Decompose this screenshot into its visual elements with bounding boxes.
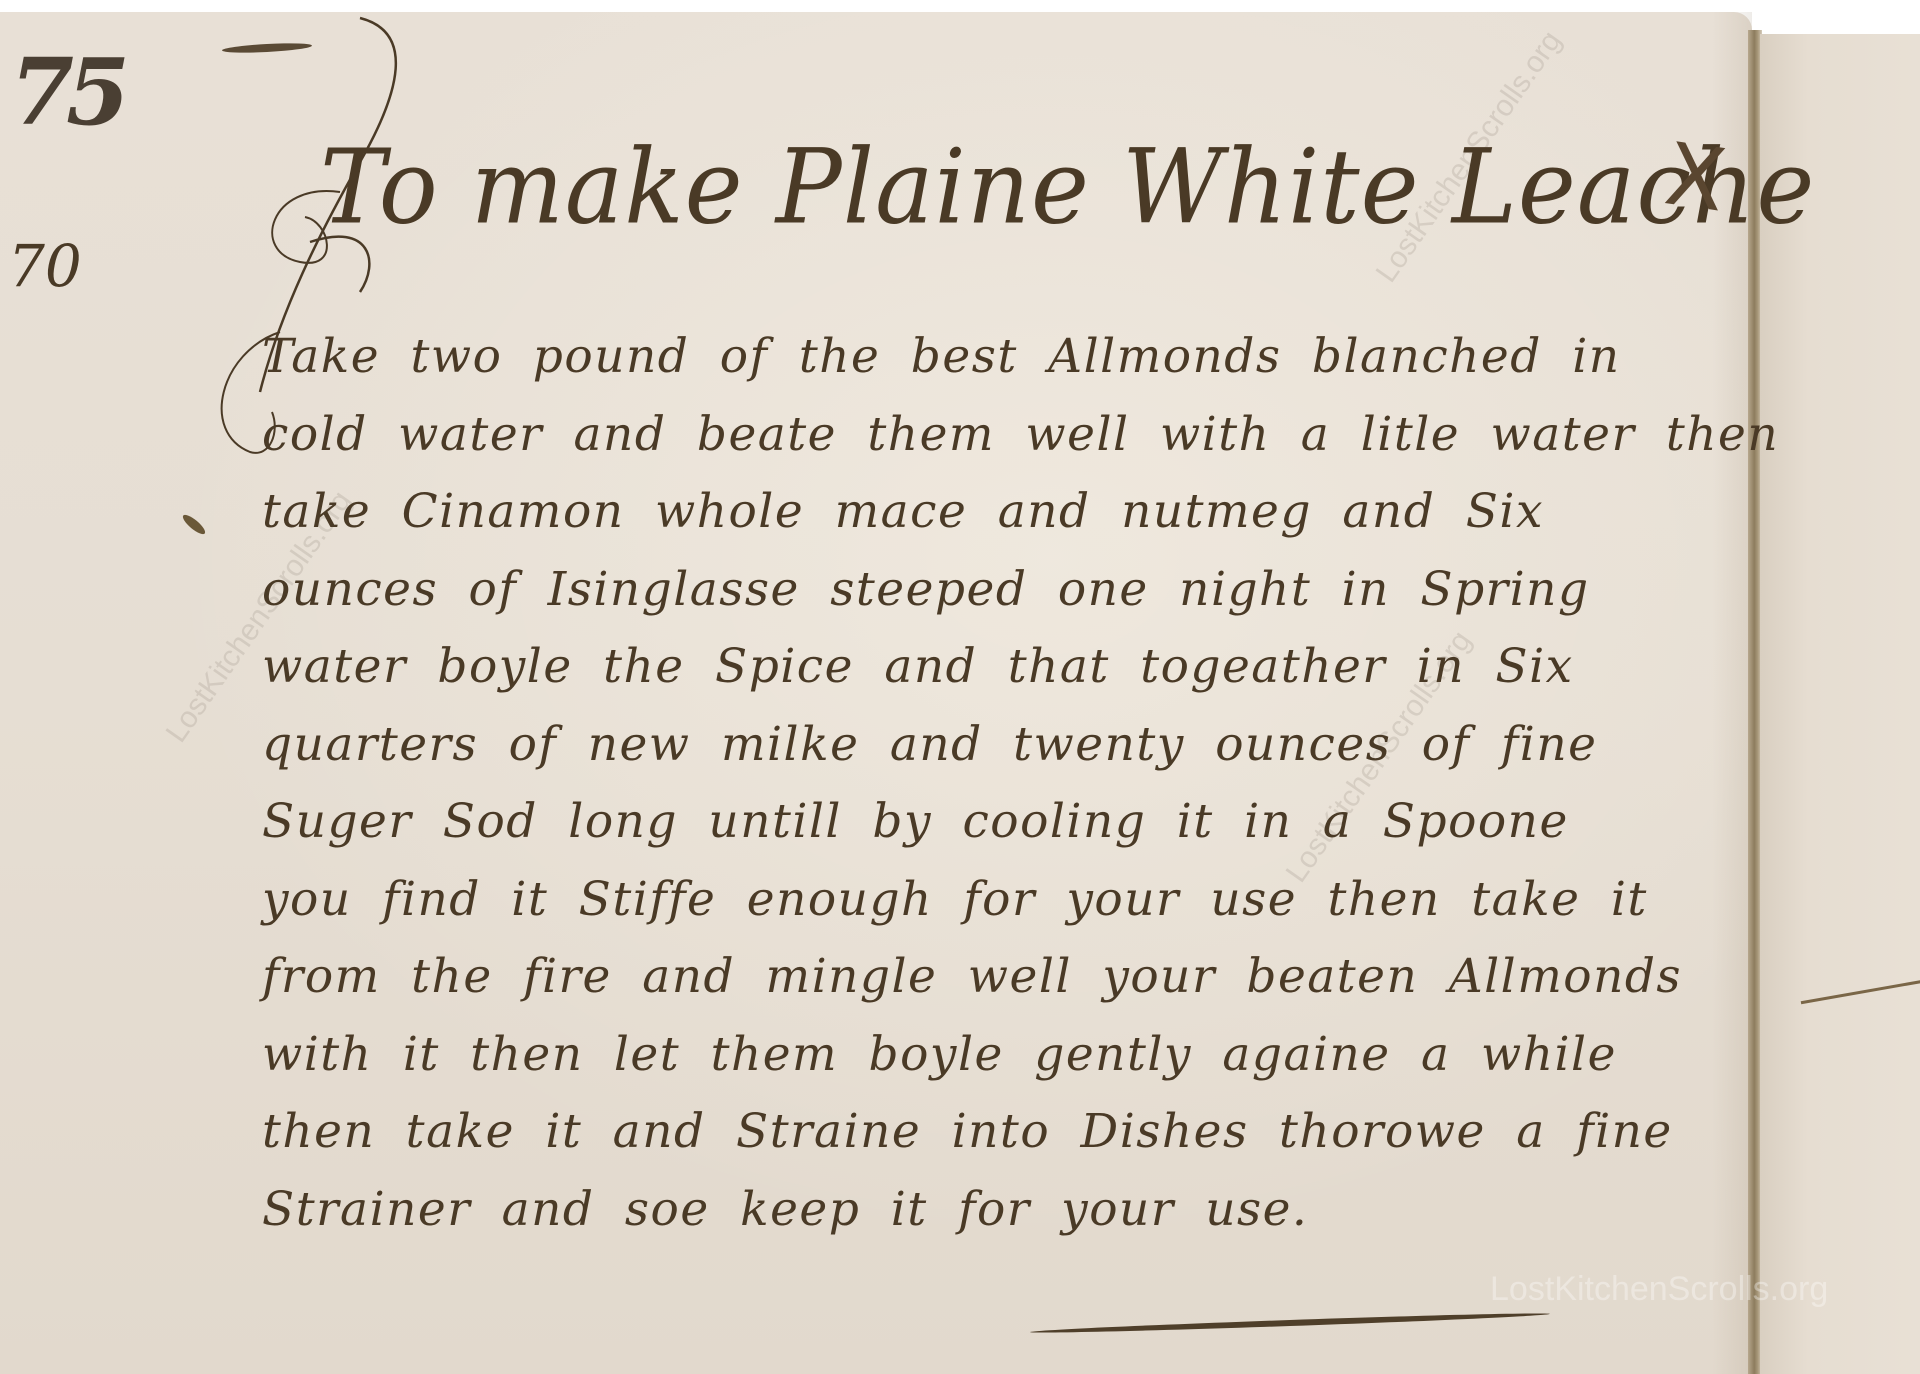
text-line: ounces of Isinglasse steeped one night i…: [262, 551, 1742, 629]
text-line: Suger Sod long untill by cooling it in a…: [262, 783, 1742, 861]
text-line: Strainer and soe keep it for your use.: [262, 1171, 1742, 1249]
text-line: you find it Stiffe enough for your use t…: [262, 861, 1742, 939]
margin-number: 70: [8, 232, 82, 300]
recipe-title: To make Plaine White Leache: [320, 128, 1815, 248]
text-line: from the fire and mingle well your beate…: [262, 938, 1742, 1016]
text-line: cold water and beate them well with a li…: [262, 396, 1742, 474]
text-line: quarters of new milke and twenty ounces …: [262, 706, 1742, 784]
folio-number: 75: [10, 38, 122, 146]
text-line: then take it and Straine into Dishes tho…: [262, 1093, 1742, 1171]
manuscript-scan: LostKitchenScrolls.org LostKitchenScroll…: [0, 0, 1920, 1374]
text-line: water boyle the Spice and that togeather…: [262, 628, 1742, 706]
recipe-body: Take two pound of the best Allmonds blan…: [262, 318, 1742, 1248]
watermark: LostKitchenScrolls.org: [1490, 1270, 1828, 1309]
text-line: take Cinamon whole mace and nutmeg and S…: [262, 473, 1742, 551]
text-line: Take two pound of the best Allmonds blan…: [262, 318, 1742, 396]
text-line: with it then let them boyle gently again…: [262, 1016, 1742, 1094]
